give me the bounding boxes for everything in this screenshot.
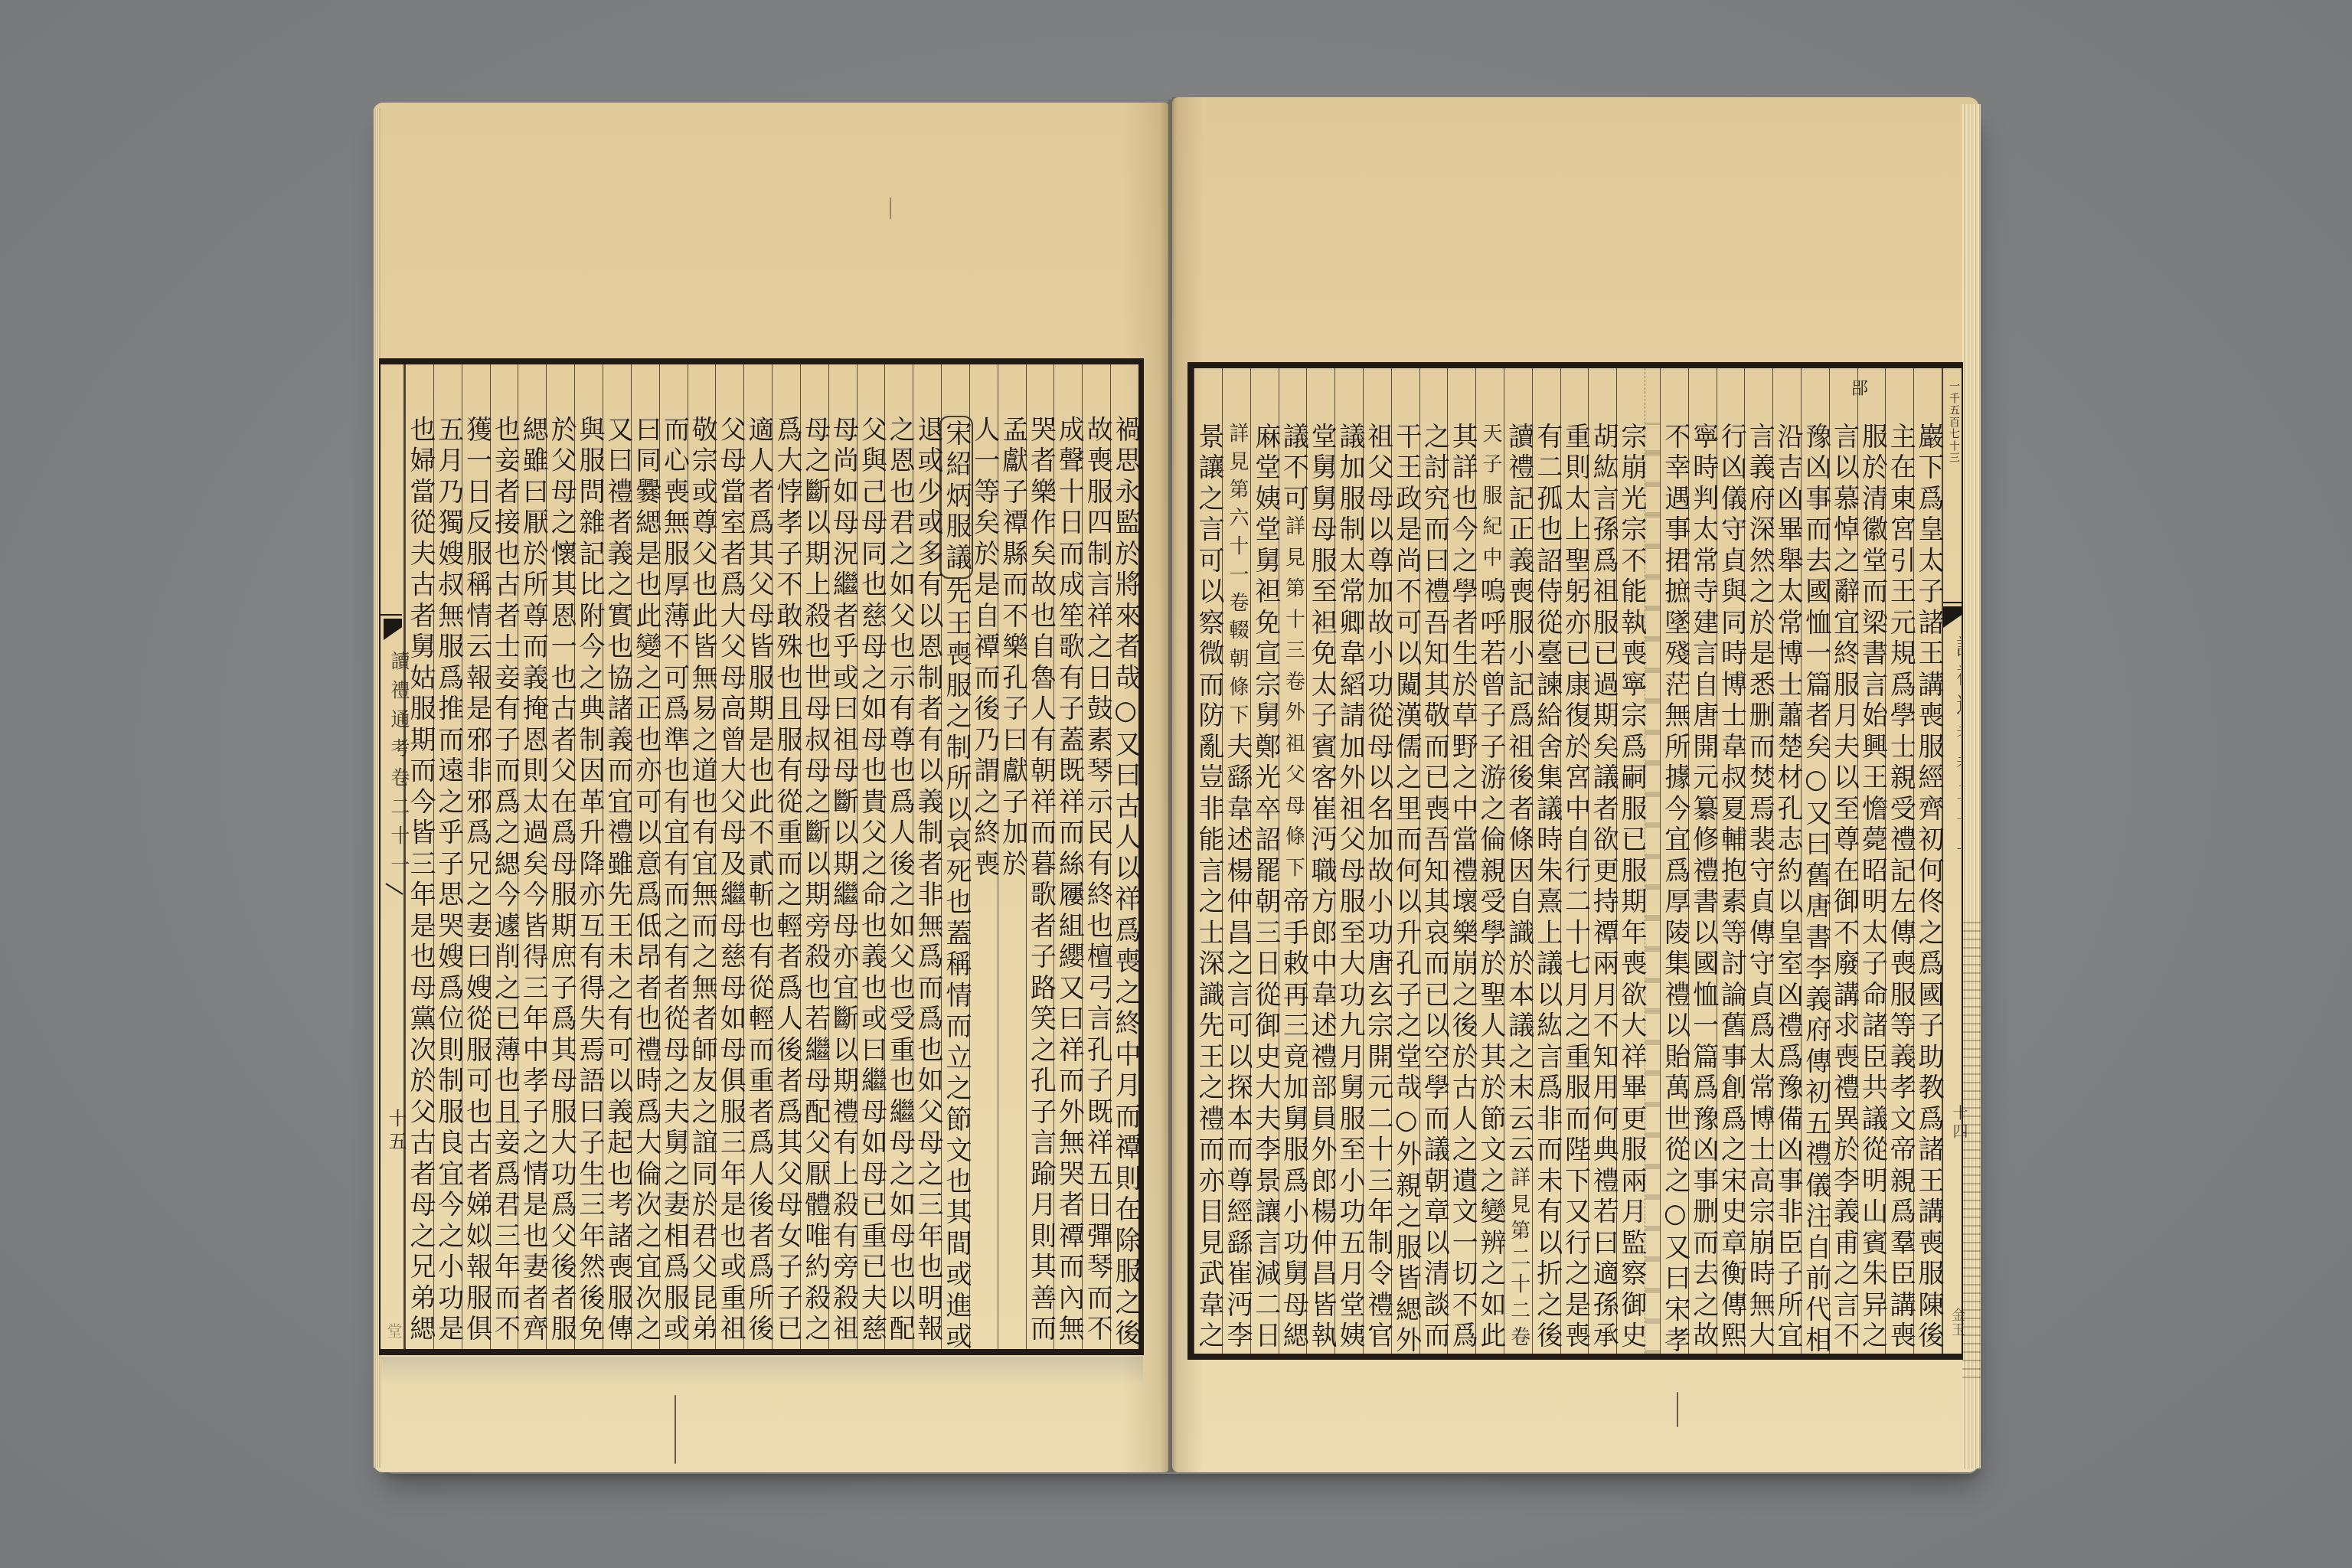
fold-bottom-mark-left: 堂 [383,1323,405,1338]
text-column: 而心喪無服厚薄不可爲準也有宜有而之有者從母之夫舅之妻相爲服或 [659,364,688,1349]
column-text: 先王喪服之制所以哀死也蓋稱情而立之節文也其間或進或 [941,579,972,1354]
text-column: 堂舅舅母服至袒免太子賓客崔沔職方郎中韋述禮部員外郎楊仲昌皆執 [1306,368,1334,1354]
text-column: 言以慕悼之辭宜終服月夫以至尊在御不廢講求喪禮異於李義甫之言不 [1829,368,1857,1354]
text-column: 緦雖曰厭於所尊而義掩恩則太過矣今皆得三年中孝子之情是也妻者齊 [518,364,546,1349]
text-column: 讀禮記正義喪服小記爲祖後者條因自識於本議之末云云詳見第二十二卷 [1504,368,1532,1354]
text-column: 豫凶事而去國恤一篇者矣○又曰舊唐書李義府傳初五禮儀注自前代相 [1801,368,1829,1354]
text-column: 其詳也今之學者生於草野之中當禮壞樂崩之後於古人之遺文一切不爲 [1447,368,1475,1354]
text-column: 與服問雜記比附今之典制因革升降亦互有得失焉語曰子生三年然後免 [574,364,603,1349]
text-column: 獲一日反服稱情云報是邪非邪爲兄之妻曰嫂從服可也古者娣姒報服俱 [462,364,490,1349]
fold-label-right: 讀禮通考卷二十一 [1950,635,1961,868]
text-column: 有二孤也詔侍從臺諫給舍集議時朱熹上議以紘言爲非而未有以折之後 [1532,368,1560,1354]
text-column: 麻堂姨堂舅袒免宣宗舅鄭光卒詔罷朝三日從御史大夫李景讓言減二日 [1250,368,1279,1354]
text-column: 景讓之言可以察微而防亂豈非能言之士深識先王之禮而亦目見武韋之 [1194,368,1222,1354]
text-column: 適人者爲其父母皆服期是也此不貳斬也有從輕而重者爲人後者爲所後 [743,364,772,1349]
text-column: 宗崩光宗不能執喪寧宗爲嗣服已服期年喪欲大祥畢更服兩月監察御史 [1616,368,1645,1354]
text-column: 也妾者接也古者士妾有子而爲之緦今遽削之已薄也且妾爲君三年而不 [490,364,518,1349]
column-text: 議不可 [1278,423,1308,516]
text-column: 敬宗或尊父也此皆無易之道也有宜無而之無者師友之誼同於君父昆弟 [688,364,716,1349]
text-column: 五月乃獨嫂叔無服爲推而遠之乎子思哭嫂爲位則制服良宜今之小功是 [433,364,462,1349]
text-column: 爲大悖孝子不敢殊也且服有從重而之輕者爲人後者爲其父母女子子已 [772,364,800,1349]
text-column: 寧時判太常寺建言自唐開元纂修禮書以國恤一篇爲豫凶事删而去之故 [1688,368,1717,1354]
paper-fiber-mark [890,198,891,219]
faint-misprinted-column [1645,368,1660,1354]
paper-fiber-mark [1677,1392,1678,1427]
text-column: 言義府深然之於是悉删而焚焉裴守貞傳守貞爲太常博士高宗崩時無大 [1744,368,1772,1354]
text-column: 重則太上聖躬亦已康復於宮中自行二十七月之重服而陛下又行之是喪 [1560,368,1589,1354]
text-column: 故喪服四制言祥之日鼓素琴示民有終也檀弓言孔子既祥五日彈琴而不 [1082,364,1110,1349]
text-column: 行凶儀守貞與同時博士韋叔夏輔抱素等討論舊事創爲之宋史章衡傳熙 [1717,368,1745,1354]
text-column: 孟獻子禫縣而不樂孔子曰獻子加於 [998,364,1026,1349]
text-column: 哭者樂作矣故也自魯人有朝祥而暮歌者子路笑之孔子言踰月則其善而 [1026,364,1054,1349]
text-column: 詳見第六十一卷輟朝條下夫繇韋述楊仲昌之言可以探本而尊經繇崔沔李 [1222,368,1250,1354]
text-column: 胡紘言孫爲祖服已過期矣議者欲更持禫兩月不知用何典禮若曰適孫承 [1588,368,1616,1354]
text-column: 也婦當從夫古者舅姑服期而今皆三年是也母黨次於父古者母之兄弟緦 [405,364,433,1349]
text-column: 天子服紀中嗚呼若曾子子游之倫親受學於聖人其於節文之變辨之如此 [1475,368,1504,1354]
text-column: 父與己母同也慈母之如母也貴父之命也義也或曰繼母如母已重已夫慈 [857,364,885,1349]
text-column: 退或少或多有以恩制者有以義制者非無爲而爲也如父母之三年也明報 [913,364,941,1349]
fold-label-right-clip: 讀禮通考卷二十一 [1943,635,1961,880]
text-column: 祖父母以尊加故小功從母以名加故小功唐玄宗開元二十三年制令禮官 [1363,368,1391,1354]
text-column: 議加服制太常卿韋縚請加外祖父母服至大功九月舅服至小功五月堂姨 [1334,368,1363,1354]
book-gutter [1168,100,1172,1472]
text-column: 成聲十日而成笙歌有子蓋既祥而絲屨組纓又曰祥而外無哭者禫而內無 [1053,364,1082,1349]
left-page-text-block: 禍思永監於將來者哉○又曰古人以祥爲喪之終中月而禫則在除服之後 故喪服四制言祥之日… [405,364,1138,1349]
small-cross-reference-note: 詳見第六十一卷輟朝條下 [1226,423,1249,733]
column-text: 夫繇韋述楊仲昌之言可以探本而尊經繇崔沔李 [1222,733,1253,1353]
fishtail-rule-left [381,614,402,616]
column-text: 嗚呼若曾子子游之倫親受學於聖人其於節文之變辨之如此 [1475,578,1506,1354]
text-column: 人一等矣於是自禫而後乃謂之終喪 [969,364,998,1349]
text-column: 干王政是尚不可以闚漢儒之里而何以升孔子之堂哉○外親之服皆緦外 [1391,368,1419,1354]
text-column: 不幸遇事捃摭墜殘茫無所據今宜爲厚陵集禮以貽萬世從之○又曰宋孝 [1660,368,1688,1354]
fold-bottom-mark-right: 金玉 [1947,1308,1967,1337]
paper-fiber-mark [675,1395,676,1464]
citation-source-label: 宋紹炳服議 [939,416,973,579]
ink-offset-ghost [381,1357,1143,1386]
text-column: 巖下爲皇太子諸王講喪服經齊初何佟之爲國子助教爲諸王講喪服陳後 [1913,368,1942,1354]
text-column: 禍思永監於將來者哉○又曰古人以祥爲喪之終中月而禫則在除服之後 [1110,364,1138,1349]
text-column: 之恩也君之如父也示有尊也爲人後之如父也受重也繼母之如母也以配 [884,364,913,1349]
page-number: 一千五百七十三 [1946,381,1962,464]
small-cross-reference-note: 詳見第二十二卷 [1508,1167,1530,1353]
text-column: 於父母之懷其恩一也古者父在爲母服期庶子爲其母服大功爲父後者服 [546,364,574,1349]
text-column: 沿吉凶畢舉太常博士蕭楚材孔志約以皇室凶禮爲豫備凶事非臣子所宜 [1772,368,1801,1354]
right-page-text-block: 巖下爲皇太子諸王講喪服經齊初何佟之爲國子助教爲諸王講喪服陳後 主在東宮引王元規爲… [1194,368,1942,1354]
column-text: 帝手敕再三竟加舅服爲小功舅母緦 [1278,888,1308,1354]
small-cross-reference-note: 詳見第十三卷外祖父母條下 [1282,516,1305,888]
text-column: 又曰禮者義之實也協諸義而宜禮雖先王未之有可以義起也考諸喪服傳 [603,364,631,1349]
column-text: 讀禮記正義喪服小記爲祖後者條因自識於本議之末云云 [1504,423,1534,1167]
fishtail-rule-right [1943,602,1962,603]
text-column: 議不可詳見第十三卷外祖父母條下帝手敕再三竟加舅服爲小功舅母緦 [1279,368,1307,1354]
text-column: 宋紹炳服議先王喪服之制所以哀死也蓋稱情而立之節文也其間或進或 [941,364,969,1349]
text-column: 母之斷以期上殺也世母叔母之斷以期旁殺也若繼母配父厭體唯約殺之 [800,364,828,1349]
text-column: 之討究而曰禮吾知其敬而已喪吾知其哀而已以空學而議朝章以清談而 [1419,368,1448,1354]
leaf-number-right: 十四 [1949,1105,1971,1142]
text-column: 父母當室者爲大父母高曾大父母及繼母慈母如母俱服三年是也或重祖 [715,364,743,1349]
text-column: 主在東宮引王元規爲學士親受禮記左傳喪服等義孝文帝親爲羣臣講喪 [1885,368,1913,1354]
small-cross-reference-note: 天子服紀中 [1479,423,1502,578]
text-column: 曰同爨緦是也此變之正也亦可以意爲低昂者也禮時爲大倫次之宜次之 [631,364,659,1349]
text-column: 母尚如母況繼者乎或曰祖母斷以期繼母亦宜斷以期禮有上殺有旁殺祖 [828,364,857,1349]
text-column: 服於清徽堂而梁書言始興王憺薨昭明太子命諸臣共議從明山賓朱异之 [1857,368,1886,1354]
